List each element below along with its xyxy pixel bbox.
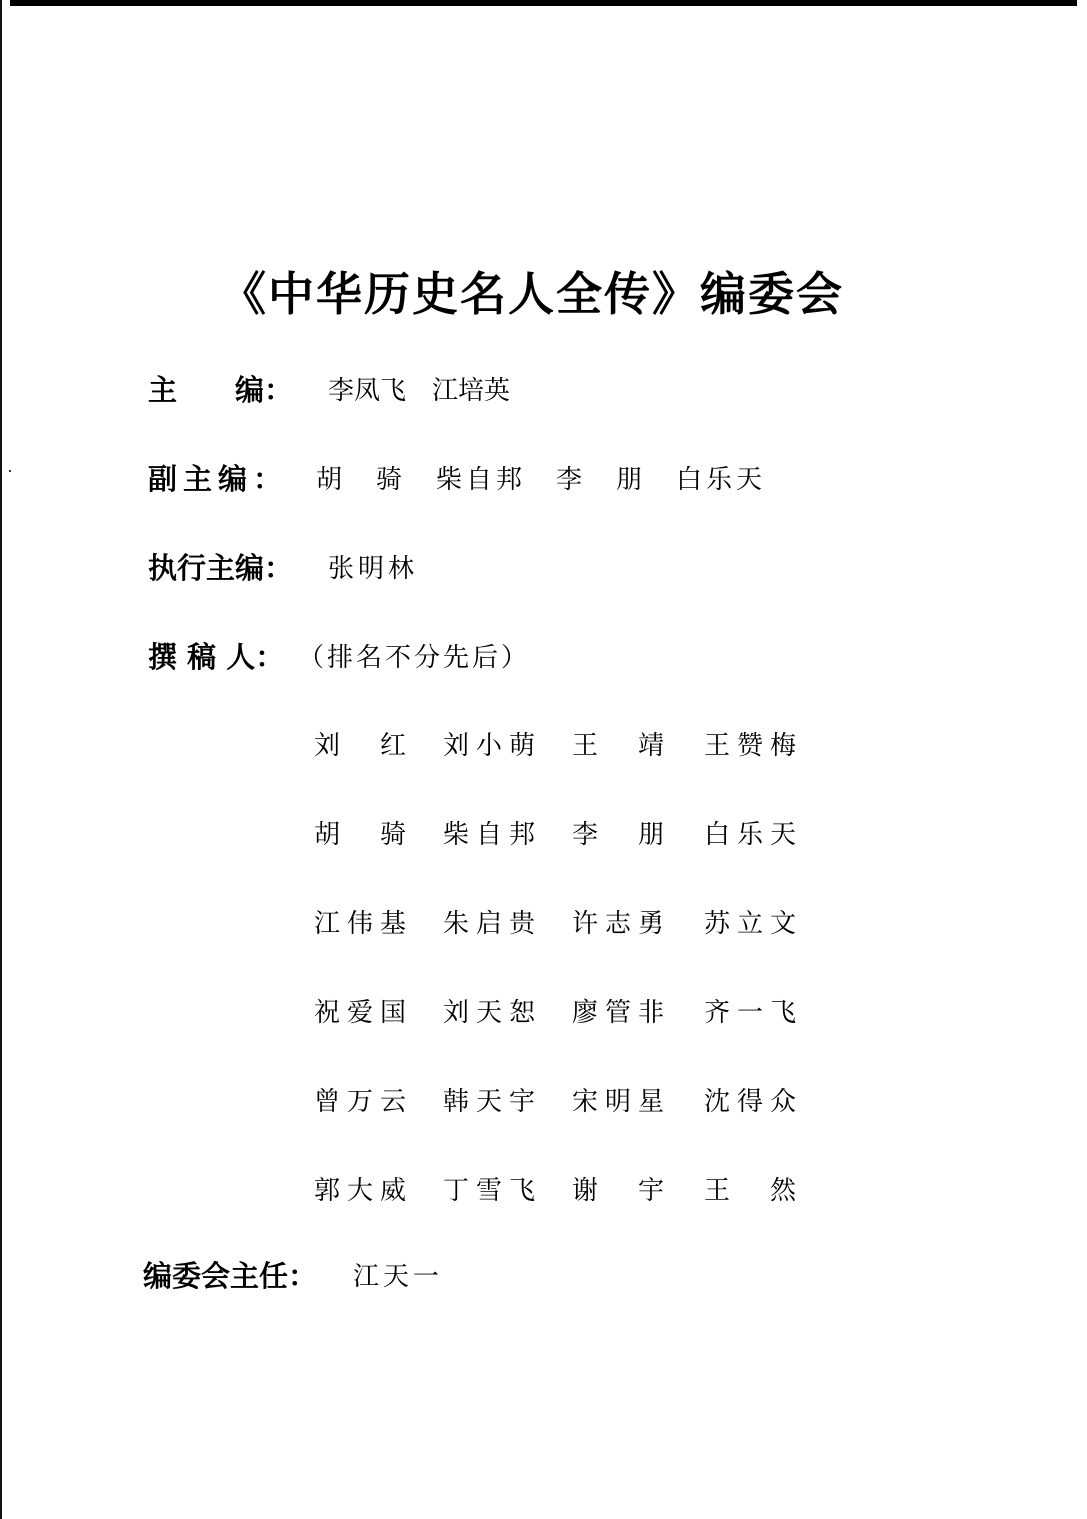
writer-name: 白乐天 [704, 814, 796, 851]
writers-note: （排名不分先后） [298, 637, 530, 674]
writer-name: 刘小萌 [443, 725, 535, 762]
page-title: 《中华历史名人全传》编委会 [220, 258, 920, 324]
deputy-editors-row: 副主编： 胡 骑 柴自邦 李 朋 白乐天 [148, 457, 288, 498]
writer-name: 齐一飞 [704, 992, 796, 1029]
top-border-rule [10, 0, 1077, 6]
writer-name: 朱启贵 [443, 903, 535, 940]
writer-name: 王赞梅 [704, 725, 796, 762]
committee-director-row: 编委会主任： 江天一 [143, 1254, 317, 1295]
editor-in-chief-label: 主 编： [148, 368, 293, 409]
executive-editor-row: 执行主编： 张明林 [148, 546, 293, 587]
writer-name: 丁雪飞 [443, 1170, 535, 1207]
writer-name: 江伟基 [314, 903, 406, 940]
editor-in-chief-row: 主 编： 李凤飞 江培英 [148, 368, 293, 409]
writer-name: 廖管非 [572, 992, 664, 1029]
writer-name: 宋明星 [572, 1081, 664, 1118]
writer-name: 祝爱国 [314, 992, 406, 1029]
writer-name: 郭大威 [314, 1170, 406, 1207]
left-border-rule [0, 0, 2, 1519]
executive-editor-names: 张明林 [328, 548, 418, 585]
committee-director-label: 编委会主任： [143, 1254, 317, 1295]
writers-label: 撰 稿 人： [148, 635, 284, 676]
writer-name: 王靖 [572, 725, 664, 762]
deputy-editors-names: 胡 骑 柴自邦 李 朋 白乐天 [316, 459, 766, 496]
writer-name: 曾万云 [314, 1081, 406, 1118]
writer-name: 苏立文 [704, 903, 796, 940]
writer-name: 柴自邦 [443, 814, 535, 851]
writer-name: 王然 [704, 1170, 796, 1207]
executive-editor-label: 执行主编： [148, 546, 293, 587]
writer-name: 胡骑 [314, 814, 406, 851]
writer-name: 许志勇 [572, 903, 664, 940]
writer-name: 李朋 [572, 814, 664, 851]
writer-name: 刘天恕 [443, 992, 535, 1029]
writers-row: 撰 稿 人： （排名不分先后） [148, 635, 284, 676]
writer-name: 沈得众 [704, 1081, 796, 1118]
scan-speck [9, 470, 11, 472]
committee-director-names: 江天一 [353, 1256, 443, 1293]
writer-name: 刘红 [314, 725, 406, 762]
deputy-editors-label: 副主编： [148, 457, 288, 498]
writer-name: 谢宇 [572, 1170, 664, 1207]
editor-in-chief-names: 李凤飞 江培英 [328, 370, 510, 407]
writer-name: 韩天宇 [443, 1081, 535, 1118]
